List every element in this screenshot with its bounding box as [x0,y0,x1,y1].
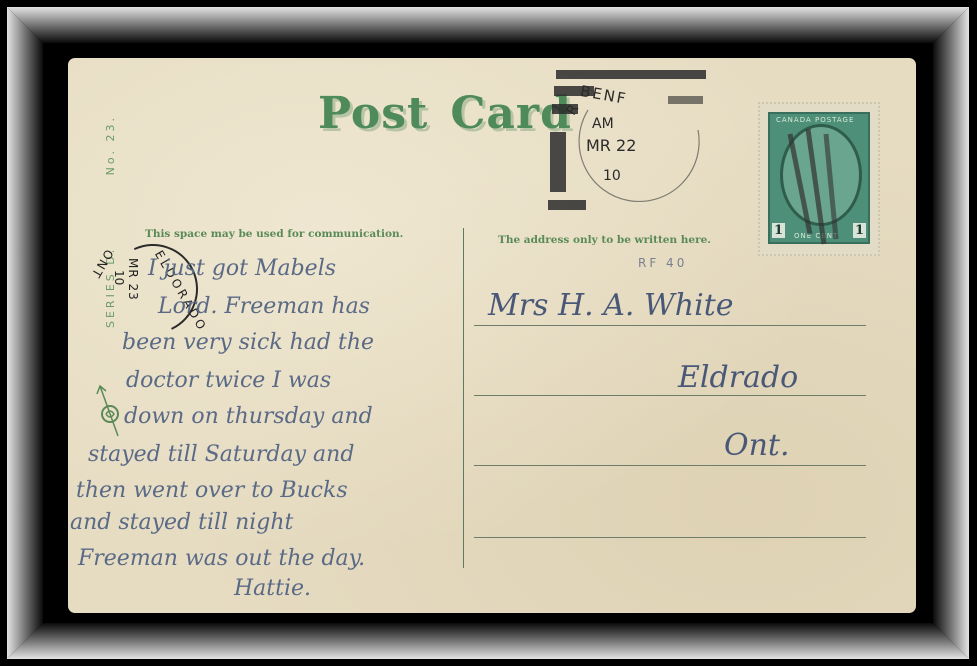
center-divider [463,228,464,568]
address-province: Ont. [724,428,790,463]
origin-postmark-year: 10 [112,270,126,285]
stamp-country: CANADA POSTAGE [776,116,854,124]
message-line: Freeman was out the day. [78,546,365,571]
message-line: I just got Mabels [148,256,336,281]
address-line-4 [474,537,866,538]
frame-bevel-right [933,7,969,659]
title-word-post: Post [318,88,428,139]
address-town: Eldrado [678,360,798,395]
postmark-period: AM [592,116,614,132]
series-number: No. 23. [104,115,117,175]
postage-stamp: CANADA POSTAGE ONE CENT 1 1 [758,102,880,256]
frame-bevel-top [7,7,969,43]
message-line: then went over to Bucks [76,478,348,503]
address-line-1 [474,325,866,326]
address-caption: The address only to be written here. [498,234,711,246]
message-line: stayed till Saturday and [88,442,354,467]
message-line: been very sick had the [122,330,374,355]
message-signature: Hattie. [234,576,311,601]
message-line: Lord. Freeman has [158,294,370,319]
stamp-cancel-bars [770,124,860,254]
message-line: and stayed till night [70,510,293,535]
reference-note: RF 40 [638,256,687,270]
address-name: Mrs H. A. White [488,288,734,323]
postcard-back: PostCard This space may be used for comm… [68,58,916,613]
message-line: doctor twice I was [126,368,331,393]
communication-caption: This space may be used for communication… [145,228,403,240]
message-line: down on thursday and [124,404,373,429]
frame-bevel-left [7,7,43,659]
post-card-title: PostCard [318,88,572,188]
address-line-3 [474,465,866,466]
origin-postmark-date: MR 23 [126,258,140,301]
frame-bevel-bottom [7,623,969,659]
postmark-year: 10 [603,168,621,184]
postmark-date: MR 22 [586,136,636,155]
address-line-2 [474,395,866,396]
